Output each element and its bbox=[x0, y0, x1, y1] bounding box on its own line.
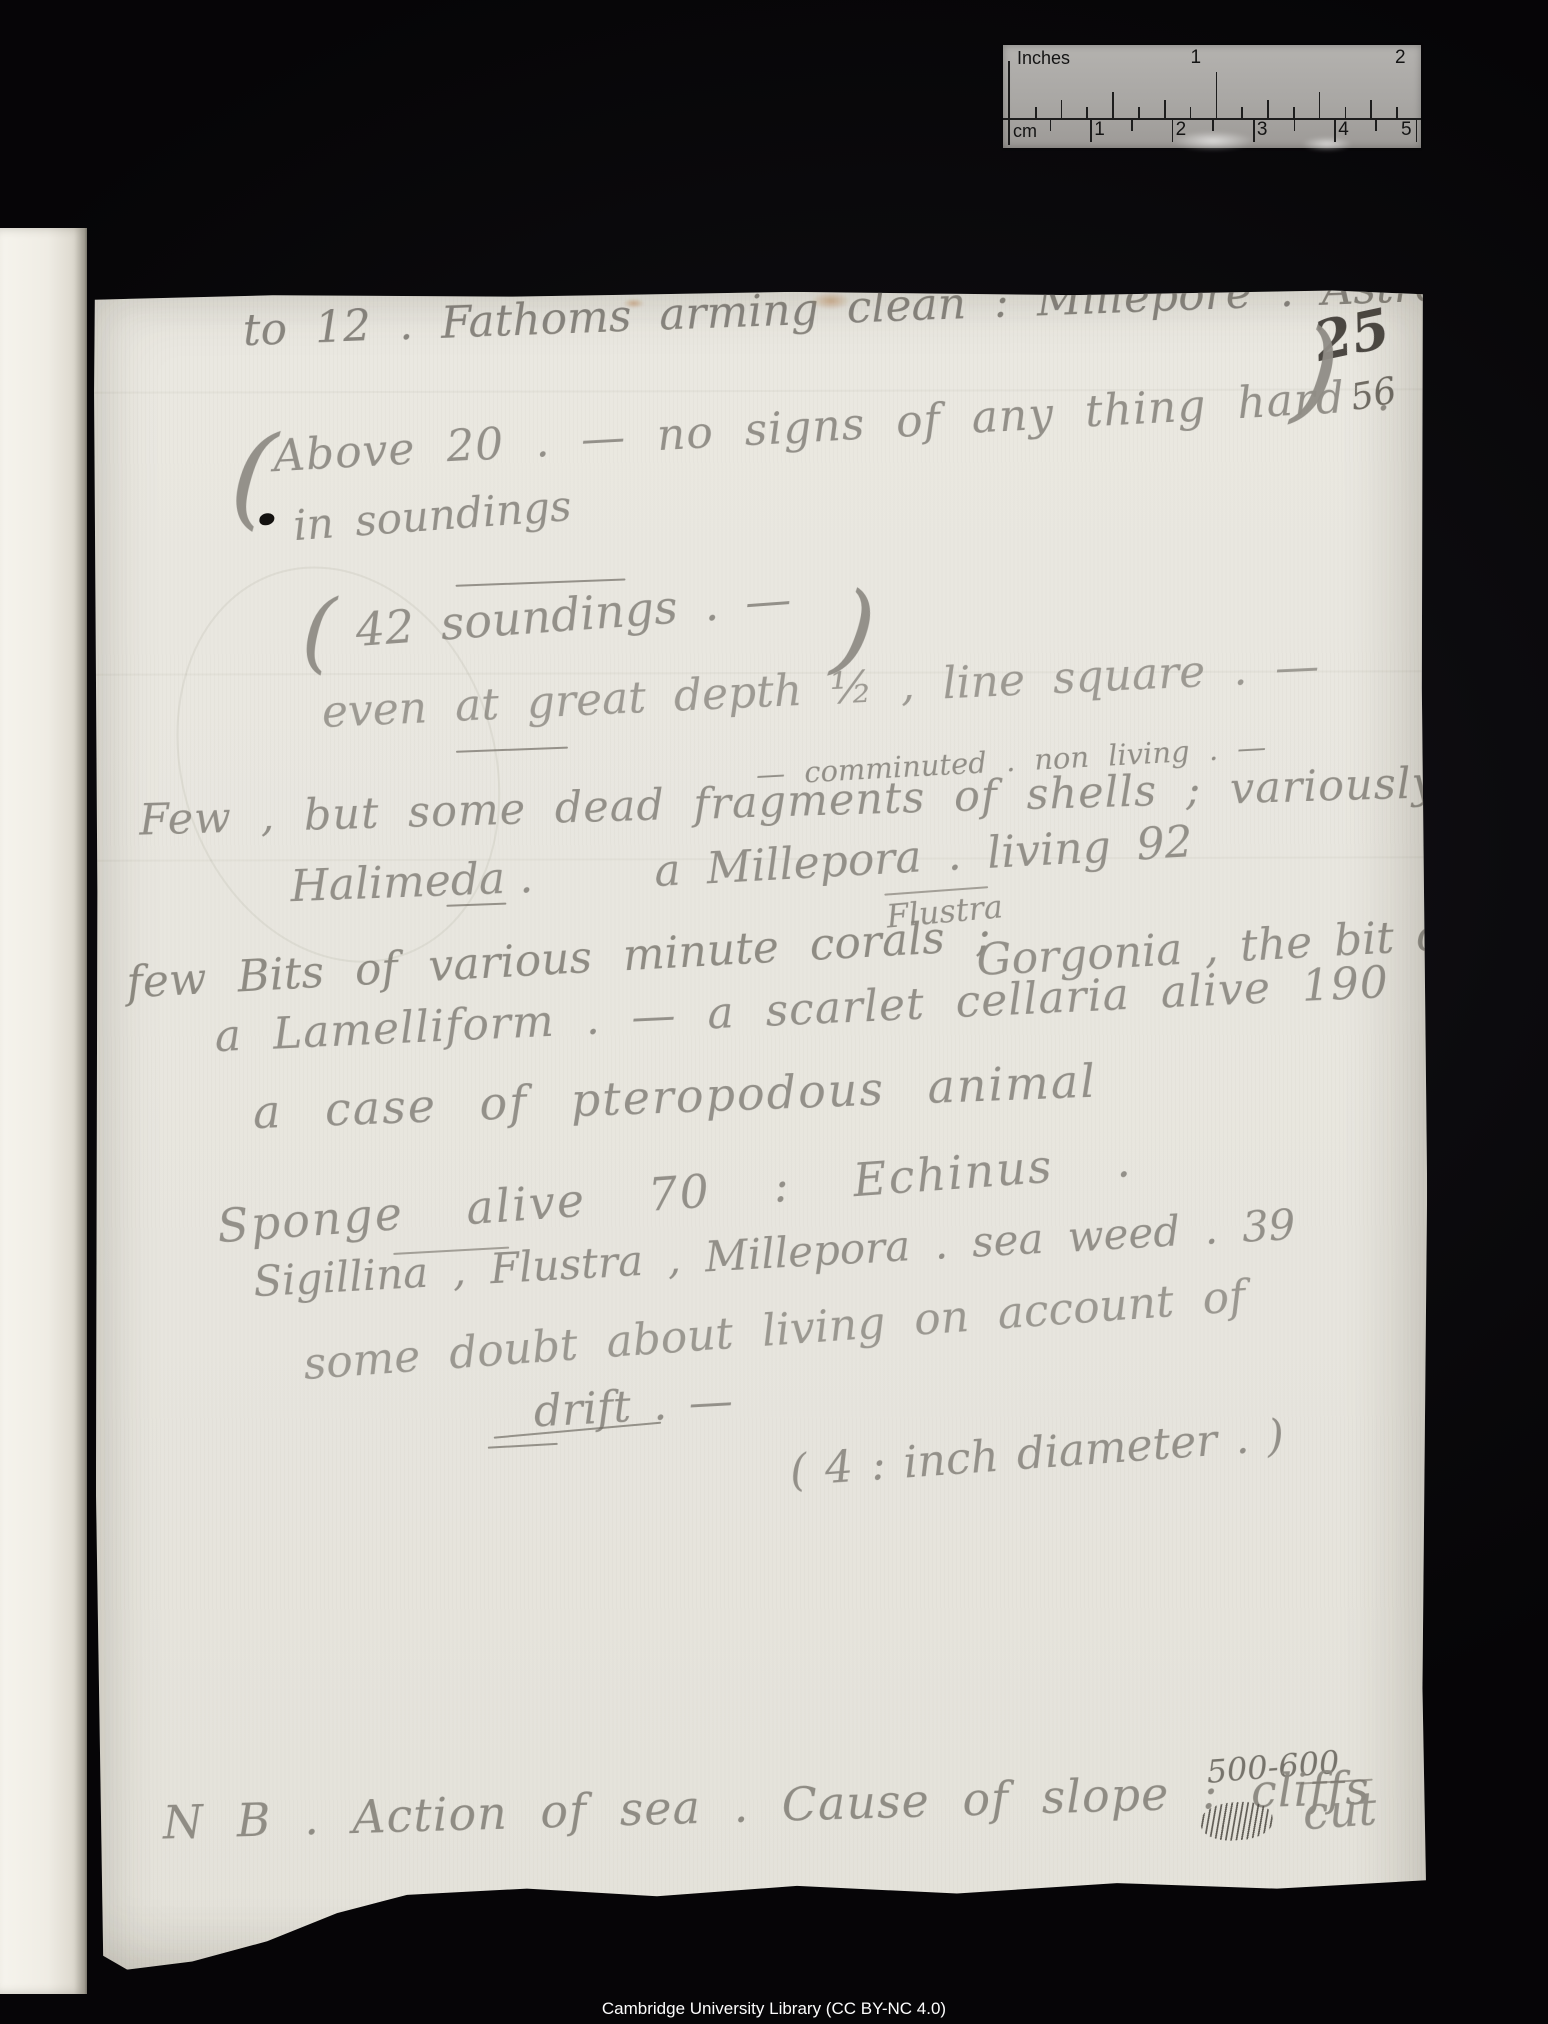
ruler-number: 2 bbox=[1395, 47, 1406, 69]
ruler-number: 5 bbox=[1401, 119, 1412, 141]
ruler-tick bbox=[1112, 92, 1114, 118]
attribution-caption: Cambridge University Library (CC BY-NC 4… bbox=[0, 1999, 1548, 2019]
ruler-tick bbox=[1212, 119, 1214, 131]
ruler-tick bbox=[1050, 119, 1052, 131]
ruler-tick bbox=[1216, 72, 1218, 118]
ruler-inches-label: Inches bbox=[1017, 48, 1070, 69]
ruler-tick bbox=[1416, 119, 1418, 142]
ruler-tick bbox=[1293, 107, 1295, 118]
ruler-tick bbox=[1061, 100, 1063, 118]
ruler-tick bbox=[1131, 119, 1133, 131]
line-in-soundings: in soundings bbox=[292, 481, 573, 550]
line-to-12-fathoms: to 12 . Fathoms arming clean : Millepore… bbox=[242, 259, 1468, 356]
ruler-number: 2 bbox=[1176, 119, 1187, 141]
ruler-tick bbox=[1375, 119, 1377, 131]
line-pteropodous: a case of pteropodous animal bbox=[252, 1054, 1098, 1140]
ruler-tick bbox=[1138, 107, 1140, 118]
ruler-tick bbox=[1164, 100, 1166, 118]
ruler-tick bbox=[1345, 107, 1347, 118]
word-cut: cut bbox=[1301, 1781, 1379, 1840]
manuscript-page: to 12 . Fathoms arming clean : Millepore… bbox=[93, 288, 1429, 1973]
ruler-cm-label: cm bbox=[1013, 121, 1037, 142]
ruler-tick bbox=[1172, 119, 1174, 142]
adjacent-page-edge bbox=[0, 228, 87, 1994]
ruler-tick bbox=[1008, 61, 1010, 145]
ruler-tick bbox=[1267, 100, 1269, 118]
line-nb-action-of-sea: N B . Action of sea . Cause of slope : c… bbox=[162, 1761, 1370, 1850]
line-a-millepora: a Millepora . living 92 bbox=[653, 817, 1194, 898]
ruler-tick bbox=[1241, 107, 1243, 118]
foxing-stain bbox=[811, 292, 851, 310]
ruler-tick bbox=[1035, 107, 1037, 118]
ruler-number: 1 bbox=[1094, 119, 1105, 141]
ruler-number: 1 bbox=[1191, 47, 1202, 69]
ruler-tick bbox=[1334, 119, 1336, 142]
ruler-tick bbox=[1319, 92, 1321, 118]
ruler-tick bbox=[1190, 107, 1192, 118]
ruler-number: 4 bbox=[1338, 119, 1349, 141]
line-drift: drift . — bbox=[532, 1376, 734, 1438]
ruler-tick bbox=[1294, 119, 1296, 131]
ruler-tick bbox=[1396, 107, 1398, 118]
ruler-number: 3 bbox=[1257, 119, 1268, 141]
ruler: Inches cm 1212345 bbox=[1003, 45, 1421, 148]
ruler-tick bbox=[1253, 119, 1255, 142]
ruler-tick bbox=[1370, 100, 1372, 118]
ruler-tick bbox=[1090, 119, 1092, 142]
ruler-tick bbox=[1086, 107, 1088, 118]
foxing-stain-2 bbox=[623, 298, 645, 308]
scan-viewer: Inches cm 1212345 to 12 . Fathoms arming… bbox=[0, 0, 1548, 2024]
underline-drift-2 bbox=[488, 1443, 558, 1449]
ink-blot bbox=[259, 513, 274, 525]
line-4-inch-diameter: ( 4 : inch diameter . ) bbox=[788, 1410, 1286, 1497]
